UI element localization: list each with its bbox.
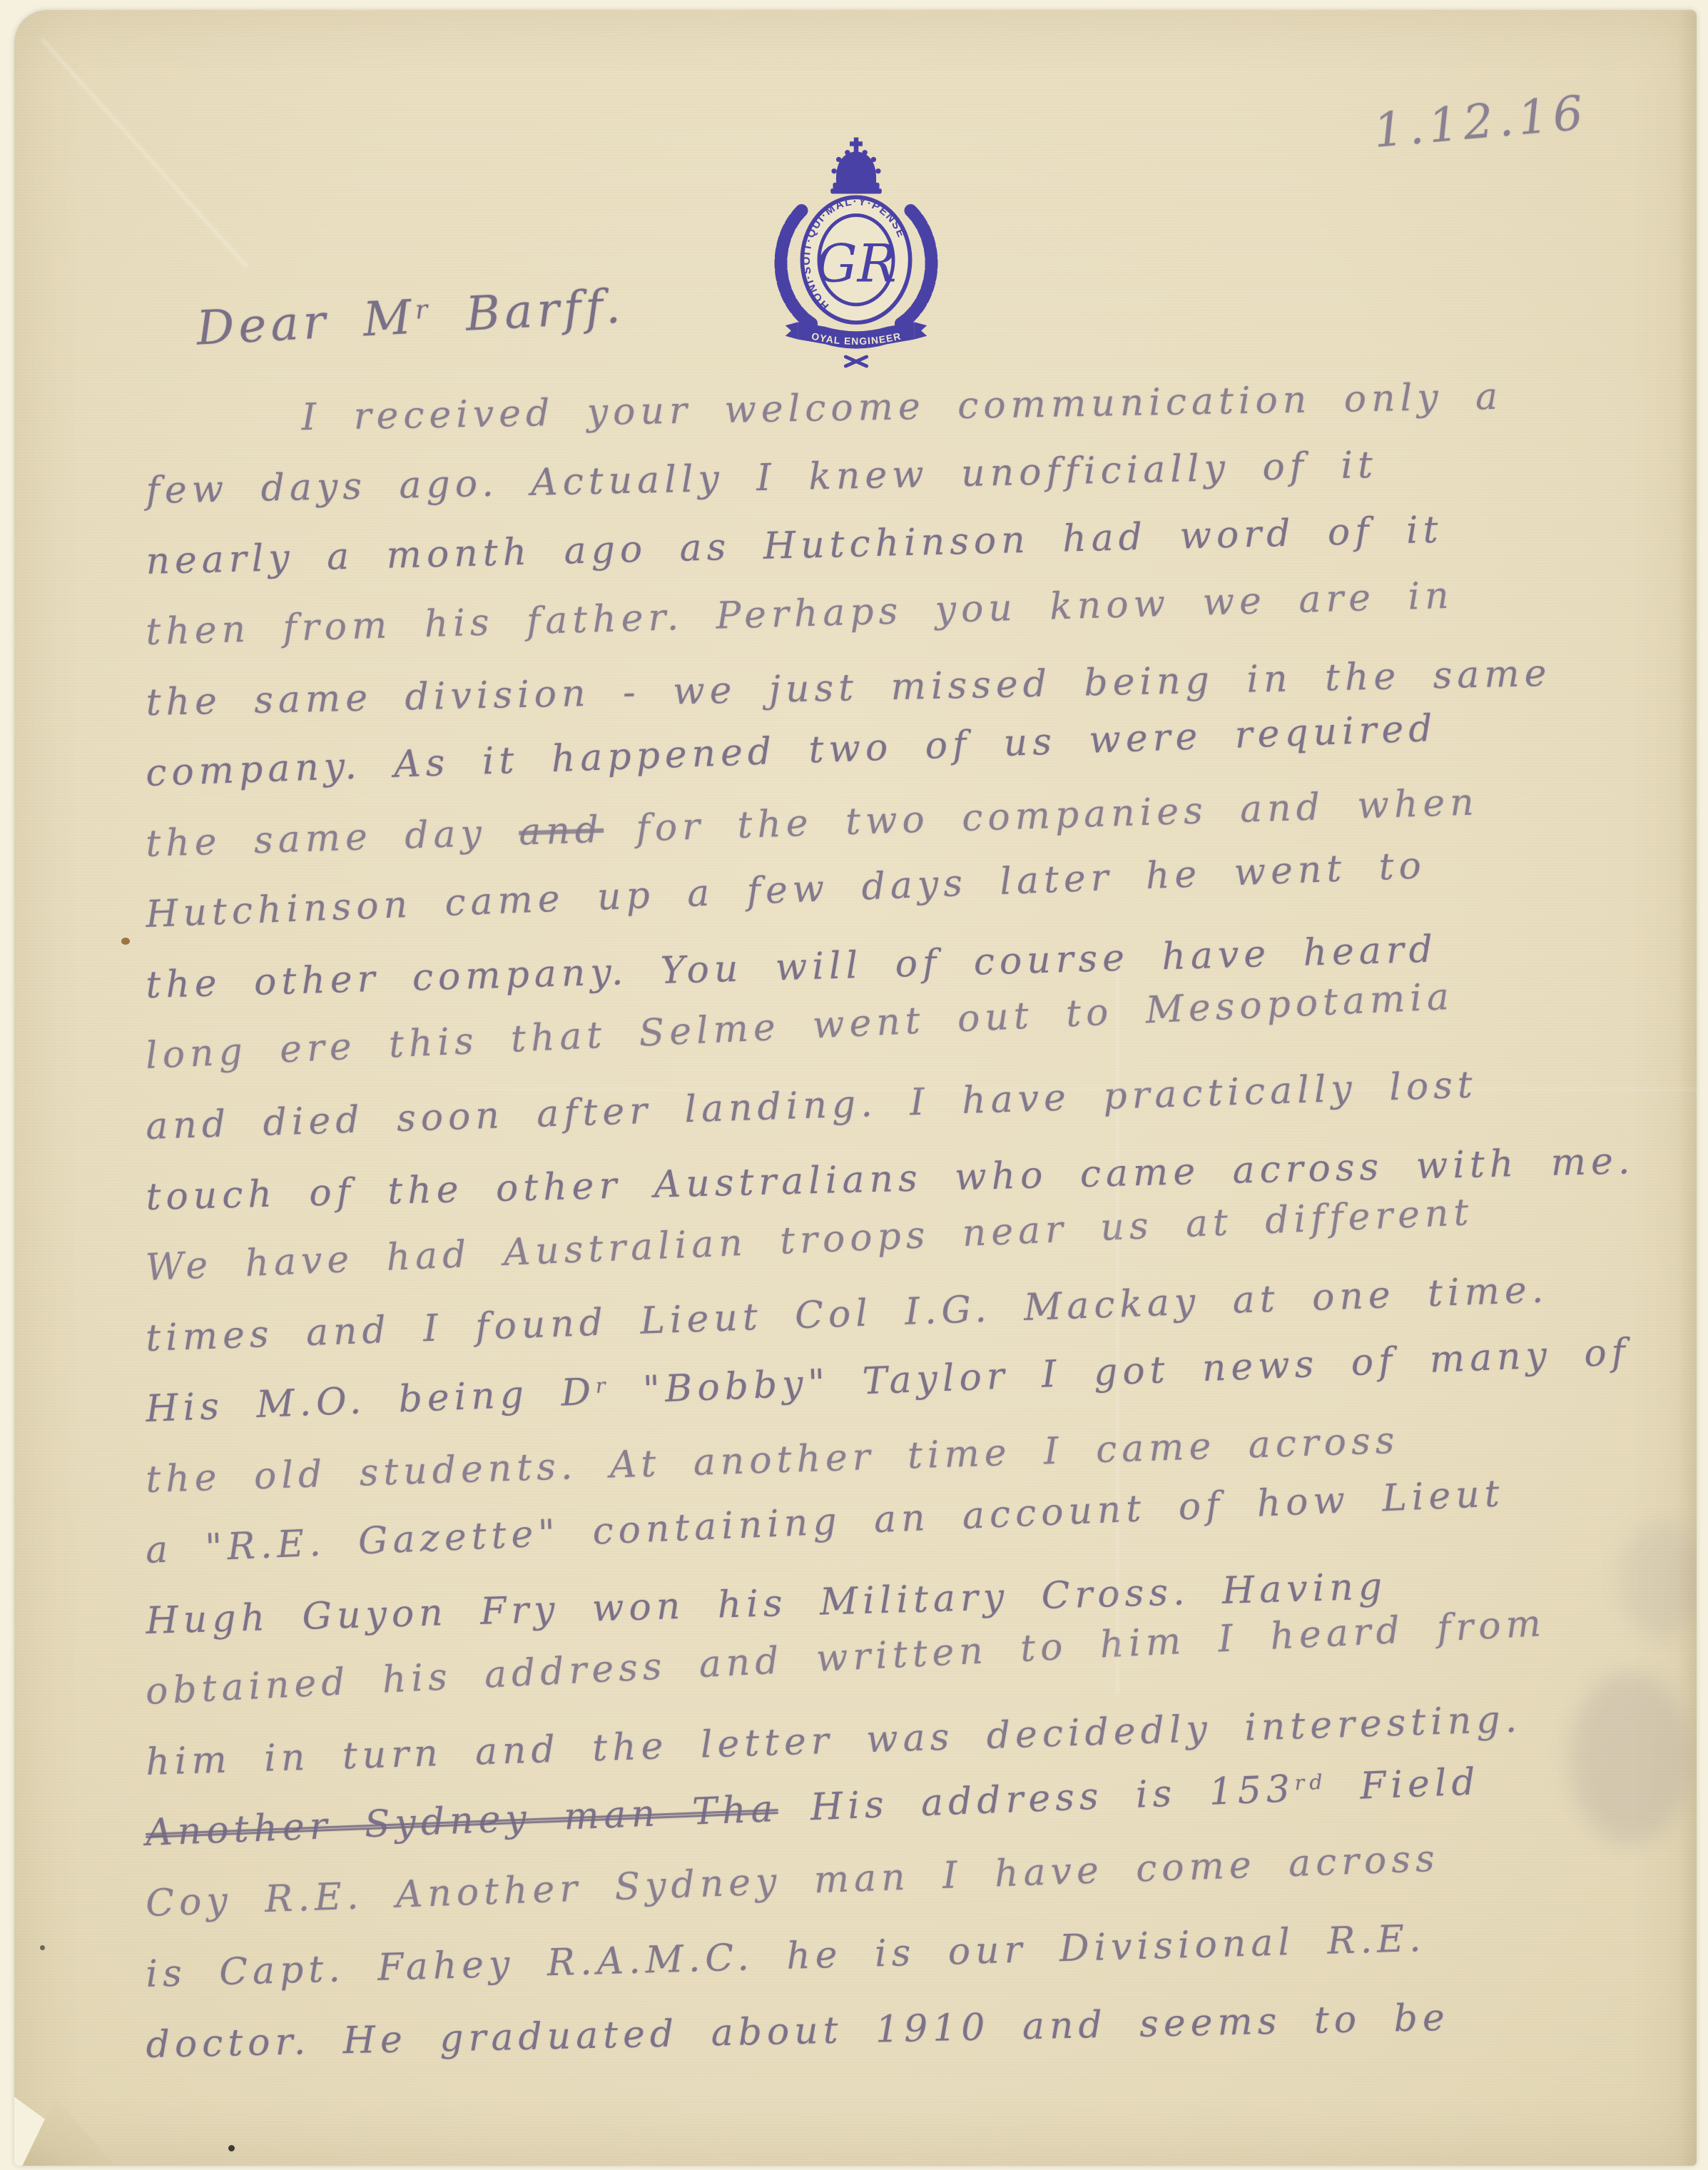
royal-engineers-crest: HONI·SOIT·QUI·MAL·Y·PENSE GR ROYAL ENGIN…	[769, 118, 943, 384]
text-segment: Dear M	[195, 290, 417, 356]
scan-background: { "document": { "date": "1.12.16", "salu…	[0, 0, 1708, 2170]
text-segment: Barff.	[431, 278, 626, 343]
pencil-smudge	[1570, 1673, 1691, 1844]
struck-text: and	[518, 808, 604, 854]
superscript-text: r	[595, 1373, 611, 1398]
superscript-text: rd	[1294, 1770, 1328, 1795]
text-segment: I received your welcome communication on…	[301, 375, 1503, 439]
stain-spot	[40, 1945, 45, 1950]
stain-spot	[121, 938, 130, 945]
corner-crease	[41, 39, 248, 268]
letter-page: 1.12.16 HONI·SOI	[14, 10, 1697, 2166]
salutation: Dear Mr Barff.	[195, 278, 626, 355]
horizontal-crease	[457, 1089, 1697, 1090]
vertical-crease	[1117, 966, 1119, 1694]
stain-spot	[228, 2145, 235, 2151]
superscript-text: r	[415, 293, 433, 325]
page-edge-shadow	[1678, 10, 1697, 2166]
crown-icon	[830, 138, 882, 194]
royal-cypher: GR	[815, 233, 897, 294]
letter-date: 1.12.16	[1371, 85, 1590, 158]
letter-body: I received your welcome communication on…	[146, 399, 1687, 2094]
text-segment: Field	[1327, 1760, 1481, 1809]
